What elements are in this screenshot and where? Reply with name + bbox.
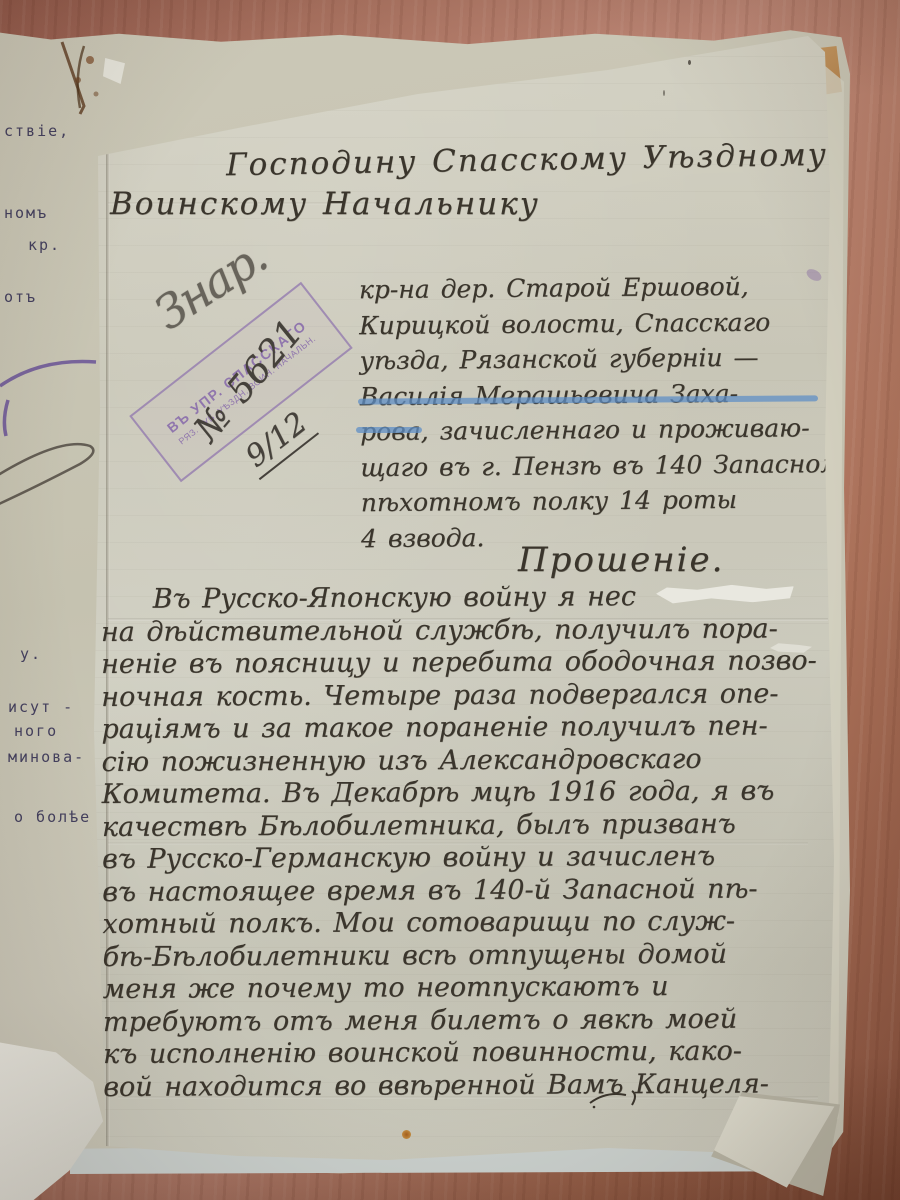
body-line: ночная кость. Четыре раза подвергался оп… [101, 678, 843, 714]
ink-speck [688, 60, 691, 65]
petitioner-address-block: кр-на дер. Старой Ершовой, Кирицкой воло… [359, 268, 866, 556]
address-line: Кирицкой волости, Спасскаго [359, 303, 864, 343]
dog-eared-corner [700, 1092, 840, 1196]
body-line: сію пожизненную изъ Александровскаго [101, 743, 843, 779]
body-line: хотный полкъ. Мои сотоварищи по служ- [102, 905, 844, 941]
typed-fragment: отъ [4, 288, 37, 306]
petition-sheet: Господину Спасскому Уѣздному Воинскому Н… [88, 30, 844, 1172]
address-line: уѣзда, Рязанской губерніи — [359, 339, 864, 379]
address-line: щаго въ г. Пензѣ въ 140 Запасномъ [360, 445, 865, 485]
body-line: Комитета. Въ Декабрѣ мцѣ 1916 года, я въ [102, 775, 844, 811]
body-line: въ Русско-Германскую войну и зачисленъ [102, 840, 844, 876]
typed-fragment: минова- [8, 748, 85, 766]
petition-body: Въ Русско-Японскую войну я нес на дѣйств… [101, 580, 846, 1104]
blue-pencil-underline [356, 427, 422, 433]
addressee-line-2: Воинскому Начальнику [110, 186, 540, 222]
typed-fragment: исут - [8, 698, 74, 716]
typed-fragment: ствіе, [4, 122, 70, 140]
typed-fragment: о болѣе [14, 808, 91, 826]
typed-fragment: ного [14, 722, 58, 740]
address-line: Василія Мерашьевича Заха- [360, 374, 865, 414]
ink-speck [663, 90, 665, 96]
typed-fragment: у. [20, 645, 42, 663]
address-line: кр-на дер. Старой Ершовой, [359, 268, 864, 308]
petition-title: Прошеніе. [518, 540, 724, 580]
pen-flourish [586, 1085, 646, 1111]
body-line: требуютъ отъ меня билетъ о явкѣ моей [103, 1003, 845, 1039]
address-line: пѣхотномъ полку 14 роты [361, 481, 866, 521]
body-line: въ настоящее время въ 140-й Запасной пѣ- [102, 873, 844, 909]
body-line: бѣ-Бѣлобилетники всѣ отпущены домой [103, 938, 845, 974]
body-line: Въ Русско-Японскую войну я нес [101, 580, 843, 616]
typed-fragment: номъ [4, 204, 48, 222]
body-line: къ исполненію воинской повинности, како- [103, 1035, 845, 1071]
address-line: рова, зачисленнаго и проживаю- [360, 410, 865, 450]
body-line: меня же почему то неотпускаютъ и [103, 970, 845, 1006]
typed-fragment: кр. [28, 236, 61, 254]
body-line: качествѣ Бѣлобилетника, былъ призванъ [102, 808, 844, 844]
body-line: неніе въ поясницу и перебита ободочная п… [101, 645, 843, 681]
body-line: на дѣйствительной службѣ, получилъ пора- [101, 613, 843, 649]
addressee-line-1: Господину Спасскому Уѣздному [226, 137, 828, 183]
body-line: раціямъ и за такое пораненіе получилъ пе… [101, 710, 843, 746]
rust-stain [402, 1130, 411, 1139]
